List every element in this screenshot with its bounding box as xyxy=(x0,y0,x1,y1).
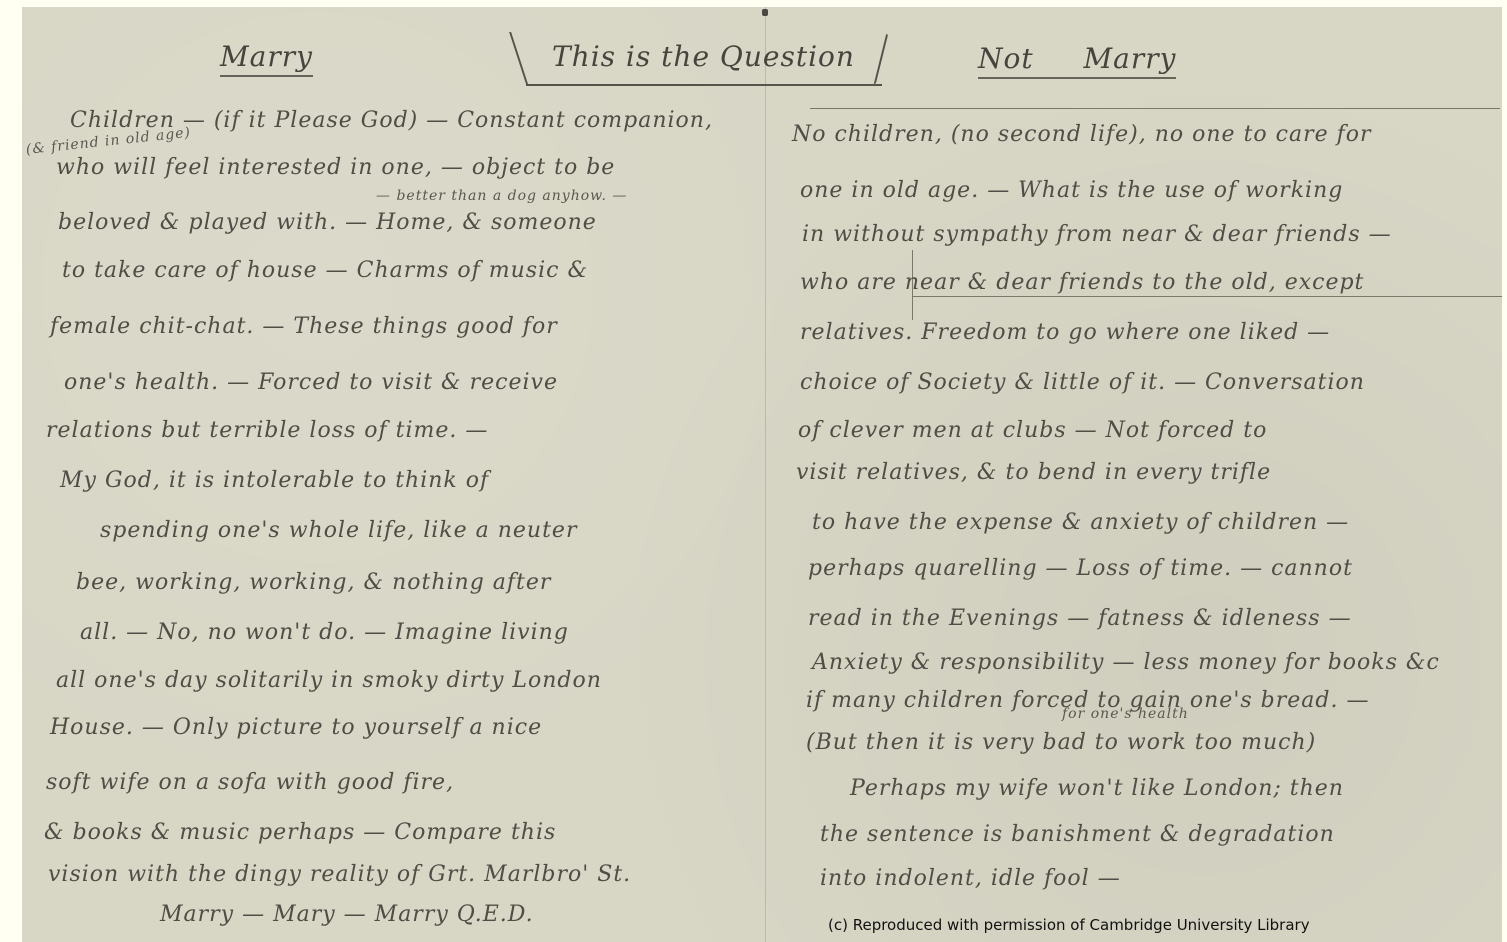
heading-marry: Marry xyxy=(220,40,313,77)
right-line: to have the expense & anxiety of childre… xyxy=(812,510,1349,535)
right-line: the sentence is banishment & degradation xyxy=(820,822,1335,847)
heading-question: This is the Question xyxy=(552,40,855,73)
left-line: female chit-chat. — These things good fo… xyxy=(50,314,558,339)
right-line: Anxiety & responsibility — less money fo… xyxy=(812,650,1440,675)
right-line: of clever men at clubs — Not forced to xyxy=(798,418,1267,443)
copyright-credit: (c) Reproduced with permission of Cambri… xyxy=(828,916,1310,934)
right-line: in without sympathy from near & dear fri… xyxy=(802,222,1392,247)
right-line: read in the Evenings — fatness & idlenes… xyxy=(808,606,1352,631)
left-line: to take care of house — Charms of music … xyxy=(62,258,588,283)
left-line: spending one's whole life, like a neuter xyxy=(100,518,577,543)
left-line: bee, working, working, & nothing after xyxy=(76,570,551,595)
left-line: My God, it is intolerable to think of xyxy=(60,468,489,493)
right-line: who are near & dear friends to the old, … xyxy=(800,270,1364,295)
left-line: House. — Only picture to yourself a nice xyxy=(50,715,542,740)
right-line: (But then it is very bad to work too muc… xyxy=(806,730,1316,755)
pin-mark-icon xyxy=(762,9,768,16)
right-line: perhaps quarelling — Loss of time. — can… xyxy=(808,556,1353,581)
left-line: & books & music perhaps — Compare this xyxy=(44,820,556,845)
heading-not-marry: Not Marry xyxy=(978,42,1176,79)
right-line: into indolent, idle fool — xyxy=(820,866,1121,891)
right-line: No children, (no second life), no one to… xyxy=(792,122,1372,147)
left-line: all. — No, no won't do. — Imagine living xyxy=(80,620,569,645)
left-line: vision with the dingy reality of Grt. Ma… xyxy=(48,862,631,887)
bracket-line xyxy=(810,108,1500,109)
left-line: one's health. — Forced to visit & receiv… xyxy=(64,370,558,395)
right-line: Perhaps my wife won't like London; then xyxy=(850,776,1344,801)
left-line: all one's day solitarily in smoky dirty … xyxy=(56,668,602,693)
bracket-line xyxy=(912,296,1502,297)
left-line: soft wife on a sofa with good fire, xyxy=(46,770,454,795)
right-line-annotation: for one's health xyxy=(1062,706,1189,722)
left-line: who will feel interested in one, — objec… xyxy=(56,155,615,180)
left-line-annotation: — better than a dog anyhow. — xyxy=(376,188,627,204)
page-fold-line xyxy=(765,7,766,942)
right-line: choice of Society & little of it. — Conv… xyxy=(800,370,1365,395)
left-line-conclusion: Marry — Mary — Marry Q.E.D. xyxy=(160,902,534,927)
right-line: relatives. Freedom to go where one liked… xyxy=(800,320,1330,345)
left-line: relations but terrible loss of time. — xyxy=(46,418,488,443)
left-line: beloved & played with. — Home, & someone xyxy=(58,210,597,235)
right-line: visit relatives, & to bend in every trif… xyxy=(796,460,1271,485)
right-line: one in old age. — What is the use of wor… xyxy=(800,178,1343,203)
